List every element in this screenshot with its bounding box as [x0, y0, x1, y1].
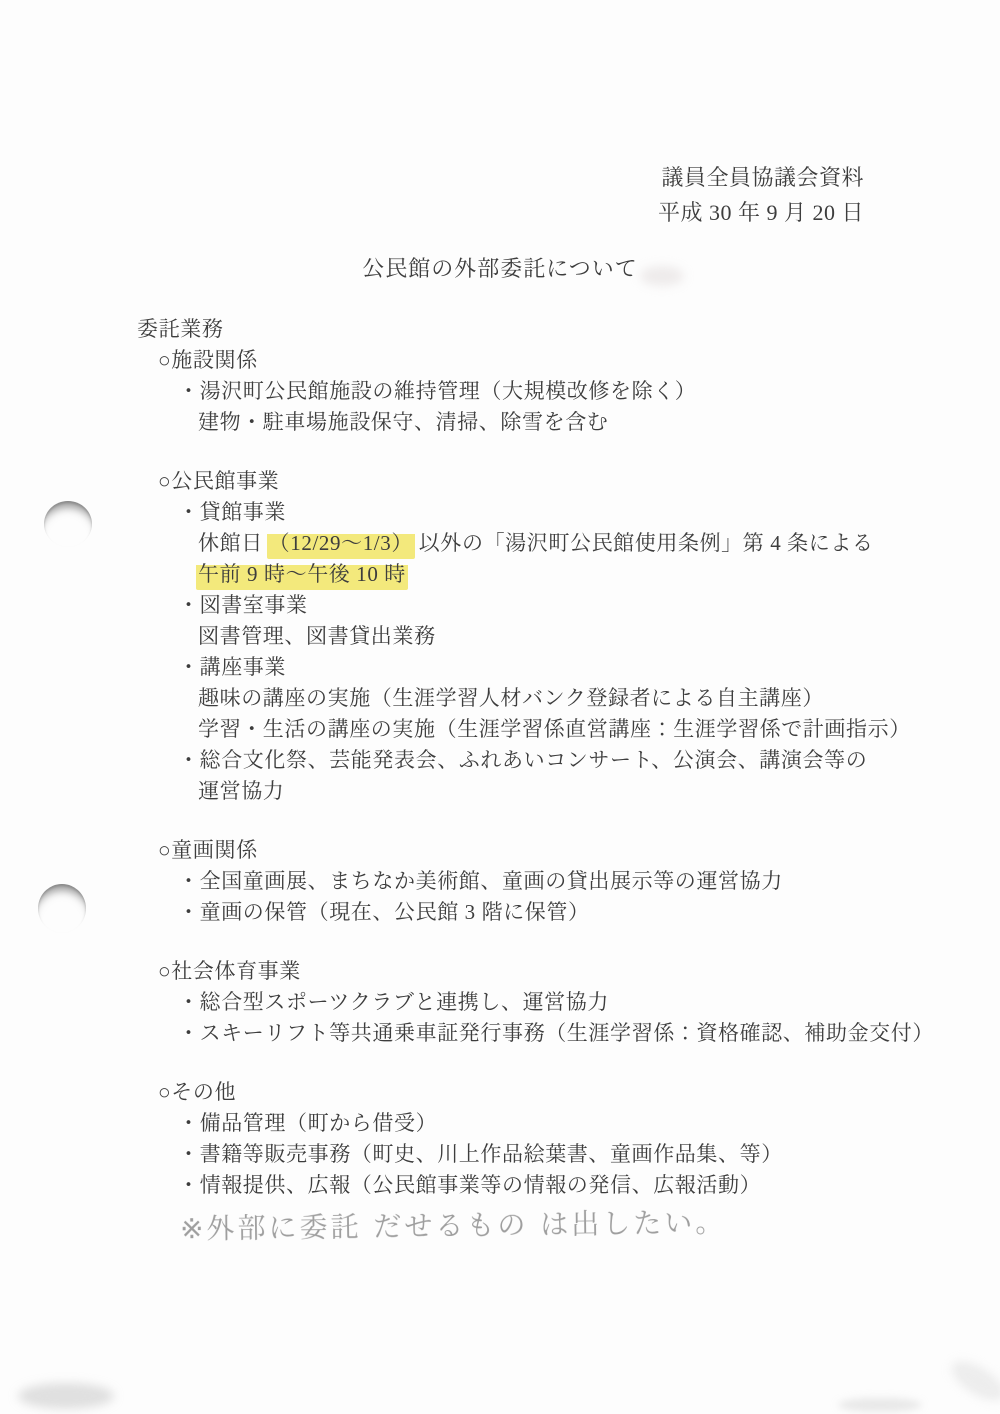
highlighted-text: 午前 9 時～午後 10 時 [196, 562, 408, 590]
document-header: 議員全員協議会資料 平成 30 年 9 月 20 日 [658, 160, 864, 230]
line-text: 以外の「湯沢町公民館使用条例」第 4 条による [413, 531, 874, 555]
header-date: 平成 30 年 9 月 20 日 [658, 195, 864, 230]
document-line: ・貸館事業 [0, 497, 1000, 528]
line-text: ・スキーリフト等共通乗車証発行事務（生涯学習係：資格確認、補助金交付） [178, 1021, 934, 1045]
document-line: ・湯沢町公民館施設の維持管理（大規模改修を除く） [0, 376, 1000, 407]
document-title: 公民館の外部委託について [0, 252, 1000, 283]
document-line: 委託業務 [0, 314, 1000, 345]
line-text: ・全国童画展、まちなか美術館、童画の貸出展示等の運営協力 [178, 869, 783, 893]
document-line: 学習・生活の講座の実施（生涯学習係直営講座：生涯学習係で計画指示） [0, 714, 1000, 745]
document-line: ○公民館事業 [0, 466, 1000, 497]
document-line: ○施設関係 [0, 345, 1000, 376]
scan-smudge [946, 1354, 1000, 1408]
line-text: ・講座事業 [178, 655, 286, 679]
line-text: ・総合文化祭、芸能発表会、ふれあいコンサート、公演会、講演会等の [178, 748, 867, 772]
line-text: ○施設関係 [158, 348, 258, 372]
line-text: 図書管理、図書貸出業務 [198, 624, 436, 648]
line-text: ・総合型スポーツクラブと連携し、運営協力 [178, 990, 609, 1014]
line-text: ○社会体育事業 [158, 959, 301, 983]
line-text: ・図書室事業 [178, 593, 308, 617]
document-line: ・総合文化祭、芸能発表会、ふれあいコンサート、公演会、講演会等の [0, 745, 1000, 776]
line-text: ○その他 [158, 1080, 236, 1104]
handwritten-note: ※外部に委託 だせるもの は出したい。 [180, 1201, 727, 1248]
document-line: ○童画関係 [0, 835, 1000, 866]
document-line: ・講座事業 [0, 652, 1000, 683]
header-meeting-label: 議員全員協議会資料 [658, 160, 864, 195]
document-line: ・図書室事業 [0, 590, 1000, 621]
document-line: ○その他 [0, 1077, 1000, 1108]
line-text: ・貸館事業 [178, 500, 286, 524]
document-line: ○社会体育事業 [0, 956, 1000, 987]
document-line: 運営協力 [0, 776, 1000, 807]
line-text: ・備品管理（町から借受） [178, 1111, 437, 1135]
document-line: ・スキーリフト等共通乗車証発行事務（生涯学習係：資格確認、補助金交付） [0, 1018, 1000, 1049]
document-line: 休館日 （12/29～1/3） 以外の「湯沢町公民館使用条例」第 4 条による [0, 528, 1000, 559]
document-line: ・全国童画展、まちなか美術館、童画の貸出展示等の運営協力 [0, 866, 1000, 897]
line-text: ・書籍等販売事務（町史、川上作品絵葉書、童画作品集、等） [178, 1142, 783, 1166]
line-text: 運営協力 [198, 779, 284, 803]
line-text: ・童画の保管（現在、公民館 3 階に保管） [178, 900, 590, 924]
scan-smudge [18, 1383, 114, 1409]
line-text: 委託業務 [137, 317, 223, 341]
line-text: ・情報提供、広報（公民館事業等の情報の発信、広報活動） [178, 1173, 761, 1197]
document-line: ・備品管理（町から借受） [0, 1108, 1000, 1139]
document-line: 図書管理、図書貸出業務 [0, 621, 1000, 652]
line-text: 趣味の講座の実施（生涯学習人材バンク登録者による自主講座） [198, 686, 824, 710]
document-line: 午前 9 時～午後 10 時 [0, 559, 1000, 590]
line-text: 学習・生活の講座の実施（生涯学習係直営講座：生涯学習係で計画指示） [198, 717, 911, 741]
document-line: ・情報提供、広報（公民館事業等の情報の発信、広報活動） [0, 1170, 1000, 1201]
line-text: ○公民館事業 [158, 469, 279, 493]
line-text: 建物・駐車場施設保守、清掃、除雪を含む [198, 410, 608, 434]
line-text: ・湯沢町公民館施設の維持管理（大規模改修を除く） [178, 379, 696, 403]
highlighted-text: （12/29～1/3） [267, 531, 415, 559]
scan-smudge [838, 1398, 922, 1412]
document-line: ・童画の保管（現在、公民館 3 階に保管） [0, 897, 1000, 928]
document-line: ・総合型スポーツクラブと連携し、運営協力 [0, 987, 1000, 1018]
scanned-document-page: 議員全員協議会資料 平成 30 年 9 月 20 日 公民館の外部委託について … [0, 0, 1000, 1414]
document-line: ・書籍等販売事務（町史、川上作品絵葉書、童画作品集、等） [0, 1139, 1000, 1170]
line-text: 休館日 [198, 531, 269, 555]
document-line: 建物・駐車場施設保守、清掃、除雪を含む [0, 407, 1000, 438]
document-body: 委託業務○施設関係・湯沢町公民館施設の維持管理（大規模改修を除く）建物・駐車場施… [0, 314, 1000, 1201]
line-text: ○童画関係 [158, 838, 258, 862]
document-line: 趣味の講座の実施（生涯学習人材バンク登録者による自主講座） [0, 683, 1000, 714]
